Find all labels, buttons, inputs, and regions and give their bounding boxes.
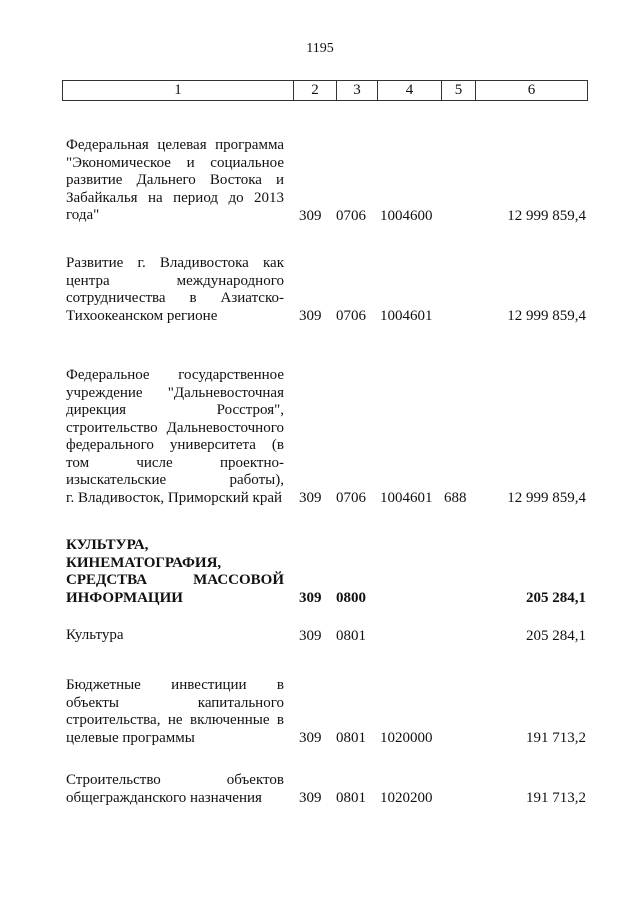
desc-line: "Экономическое и социальное — [66, 155, 284, 173]
row-description: Бюджетные инвестиции в объекты капитальн… — [66, 677, 284, 747]
desc-line: Федеральное государственное — [66, 367, 284, 385]
table-row: Строительство объектов общегражданского … — [66, 772, 596, 807]
desc-line: КУЛЬТУРА, — [66, 537, 284, 555]
row-description: Культура — [66, 627, 284, 645]
cell-amount: 205 284,1 — [526, 628, 586, 646]
cell-amount: 191 713,2 — [526, 730, 586, 748]
cell-ministry-code: 309 — [299, 490, 322, 508]
desc-line: общегражданского назначения — [66, 790, 284, 808]
table-row: Развитие г. Владивостока как центра межд… — [66, 255, 596, 325]
table-row: Культура 309 0801 205 284,1 — [66, 627, 596, 645]
desc-line: центра международного — [66, 273, 284, 291]
cell-target-article: 1004601 — [380, 308, 433, 326]
desc-line: Развитие г. Владивостока как — [66, 255, 284, 273]
table-row: Федеральное государственное учреждение "… — [66, 367, 596, 507]
column-header-3: 3 — [337, 81, 378, 101]
cell-target-article: 1020000 — [380, 730, 433, 748]
cell-ministry-code: 309 — [299, 208, 322, 226]
cell-section-code: 0801 — [336, 628, 366, 646]
cell-section-code: 0801 — [336, 730, 366, 748]
desc-line: сотрудничества в Азиатско- — [66, 290, 284, 308]
desc-line: дирекция Росстроя", — [66, 402, 284, 420]
cell-target-article: 1004600 — [380, 208, 433, 226]
cell-expense-type: 688 — [444, 490, 467, 508]
cell-target-article: 1020200 — [380, 790, 433, 808]
desc-line: строительство Дальневосточного — [66, 420, 284, 438]
table-row: Федеральная целевая программа "Экономиче… — [66, 137, 596, 225]
cell-section-code: 0706 — [336, 490, 366, 508]
cell-ministry-code: 309 — [299, 790, 322, 808]
cell-section-code: 0800 — [336, 590, 366, 608]
desc-line: Бюджетные инвестиции в — [66, 677, 284, 695]
column-header-4: 4 — [378, 81, 442, 101]
cell-section-code: 0706 — [336, 208, 366, 226]
cell-section-code: 0801 — [336, 790, 366, 808]
row-description: Федеральное государственное учреждение "… — [66, 367, 284, 507]
cell-ministry-code: 309 — [299, 628, 322, 646]
desc-line: объекты капитального — [66, 695, 284, 713]
desc-line: Забайкалья на период до 2013 — [66, 190, 284, 208]
desc-line: Федеральная целевая программа — [66, 137, 284, 155]
row-description: Развитие г. Владивостока как центра межд… — [66, 255, 284, 325]
desc-line: изыскательские работы), — [66, 472, 284, 490]
row-description: КУЛЬТУРА, КИНЕМАТОГРАФИЯ, СРЕДСТВА МАССО… — [66, 537, 284, 607]
column-header-5: 5 — [442, 81, 476, 101]
cell-target-article: 1004601 — [380, 490, 433, 508]
desc-line: ИНФОРМАЦИИ — [66, 590, 284, 608]
desc-line: федерального университета (в — [66, 437, 284, 455]
desc-line: целевые программы — [66, 730, 284, 748]
desc-line: том числе проектно- — [66, 455, 284, 473]
desc-line: КИНЕМАТОГРАФИЯ, — [66, 555, 284, 573]
section-row: КУЛЬТУРА, КИНЕМАТОГРАФИЯ, СРЕДСТВА МАССО… — [66, 537, 596, 607]
page-number: 1195 — [0, 41, 640, 57]
desc-line: СРЕДСТВА МАССОВОЙ — [66, 572, 284, 590]
desc-line: строительства, не включенные в — [66, 712, 284, 730]
desc-line: развитие Дальнего Востока и — [66, 172, 284, 190]
cell-amount: 205 284,1 — [526, 590, 586, 608]
column-header-table: 1 2 3 4 5 6 — [62, 80, 588, 101]
cell-amount: 12 999 859,4 — [507, 308, 586, 326]
cell-section-code: 0706 — [336, 308, 366, 326]
desc-line: Тихоокеанском регионе — [66, 308, 284, 326]
cell-ministry-code: 309 — [299, 730, 322, 748]
cell-amount: 12 999 859,4 — [507, 490, 586, 508]
cell-ministry-code: 309 — [299, 590, 322, 608]
row-description: Строительство объектов общегражданского … — [66, 772, 284, 807]
desc-line: г. Владивосток, Приморский край — [66, 490, 284, 508]
column-header-6: 6 — [476, 81, 588, 101]
desc-line: учреждение "Дальневосточная — [66, 385, 284, 403]
table-row: Бюджетные инвестиции в объекты капитальн… — [66, 677, 596, 747]
cell-amount: 12 999 859,4 — [507, 208, 586, 226]
cell-amount: 191 713,2 — [526, 790, 586, 808]
desc-line: Строительство объектов — [66, 772, 284, 790]
desc-line: года" — [66, 207, 284, 225]
column-header-2: 2 — [294, 81, 337, 101]
row-description: Федеральная целевая программа "Экономиче… — [66, 137, 284, 225]
cell-ministry-code: 309 — [299, 308, 322, 326]
desc-line: Культура — [66, 627, 284, 645]
column-header-1: 1 — [63, 81, 294, 101]
